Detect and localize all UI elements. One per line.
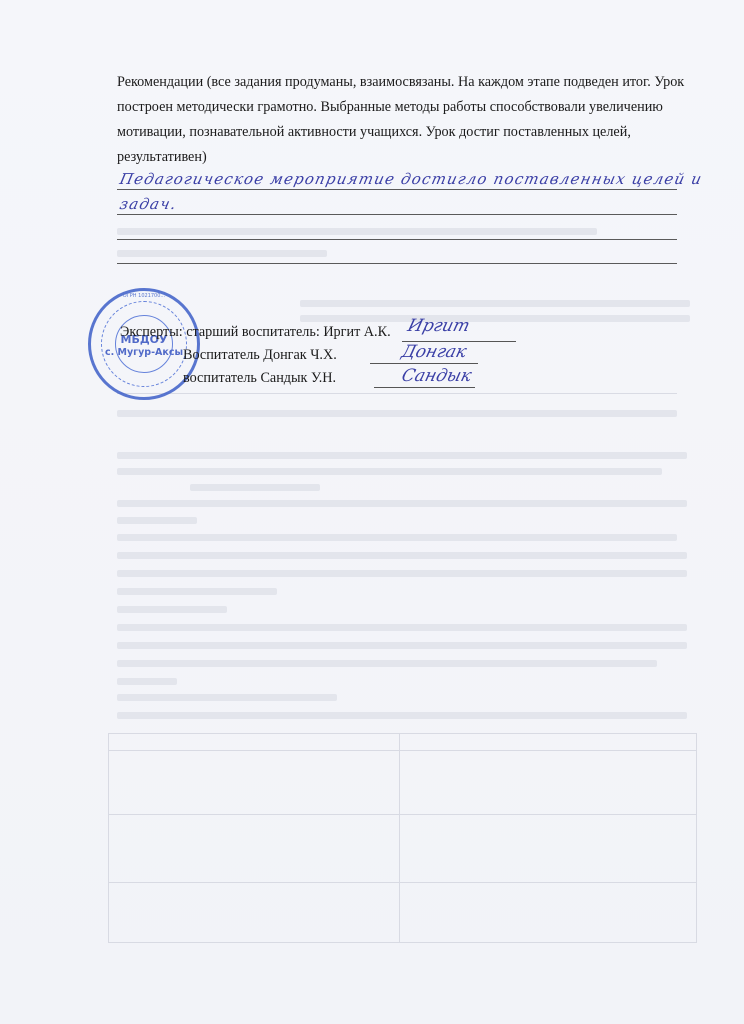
bleed-through-text bbox=[117, 660, 657, 667]
signature-1: Иргит bbox=[406, 316, 472, 336]
bleed-through-text bbox=[300, 315, 690, 322]
expert-name: Сандык У.Н. bbox=[260, 370, 336, 386]
bleed-through-text bbox=[117, 588, 277, 595]
bleed-through-text bbox=[117, 517, 197, 524]
handwritten-conclusion-line-1: Педагогическое мероприятие достигло пост… bbox=[118, 170, 704, 188]
bleed-through-text bbox=[117, 500, 687, 507]
expert-role: Воспитатель bbox=[183, 347, 260, 363]
bleed-through-text bbox=[117, 606, 227, 613]
bleed-through-text bbox=[117, 468, 662, 475]
bleed-through-text bbox=[117, 712, 687, 719]
bleed-through-text bbox=[117, 570, 687, 577]
bleed-through-text bbox=[117, 534, 677, 541]
signature-line bbox=[370, 363, 478, 364]
bleed-through-text bbox=[190, 484, 320, 491]
ruled-line bbox=[117, 214, 677, 215]
ruled-line bbox=[117, 239, 677, 240]
bleed-through-table bbox=[108, 733, 697, 943]
expert-name: Иргит А.К. bbox=[323, 324, 390, 340]
bleed-through-text bbox=[117, 678, 177, 685]
bleed-through-line bbox=[117, 393, 677, 394]
bleed-through-text bbox=[117, 250, 327, 257]
expert-row-1: Эксперты: старший воспитатель: Иргит А.К… bbox=[120, 324, 391, 341]
expert-row-3: воспитатель Сандык У.Н. bbox=[183, 370, 336, 387]
expert-row-2: Воспитатель Донгак Ч.Х. bbox=[183, 347, 337, 364]
scanned-page: Рекомендации (все задания продуманы, вза… bbox=[0, 0, 744, 1024]
expert-role: Эксперты: старший воспитатель: bbox=[120, 324, 320, 340]
ruled-line bbox=[117, 263, 677, 264]
signature-line bbox=[374, 387, 475, 388]
bleed-through-text bbox=[117, 552, 687, 559]
ruled-line bbox=[117, 189, 677, 190]
signature-2: Донгак bbox=[400, 342, 469, 362]
bleed-through-text bbox=[117, 642, 687, 649]
expert-name: Донгак Ч.Х. bbox=[263, 347, 336, 363]
bleed-through-text bbox=[300, 300, 690, 307]
handwritten-conclusion-line-2: задач. bbox=[118, 195, 179, 213]
bleed-through-text bbox=[117, 228, 597, 235]
bleed-through-text bbox=[117, 410, 677, 417]
signature-3: Сандык bbox=[400, 366, 474, 386]
bleed-through-text bbox=[117, 452, 687, 459]
bleed-through-text bbox=[117, 624, 687, 631]
expert-role: воспитатель bbox=[183, 370, 257, 386]
recommendations-paragraph: Рекомендации (все задания продуманы, вза… bbox=[117, 70, 697, 170]
bleed-through-text bbox=[117, 694, 337, 701]
stamp-place: с. Мугур-Аксы bbox=[91, 347, 197, 358]
